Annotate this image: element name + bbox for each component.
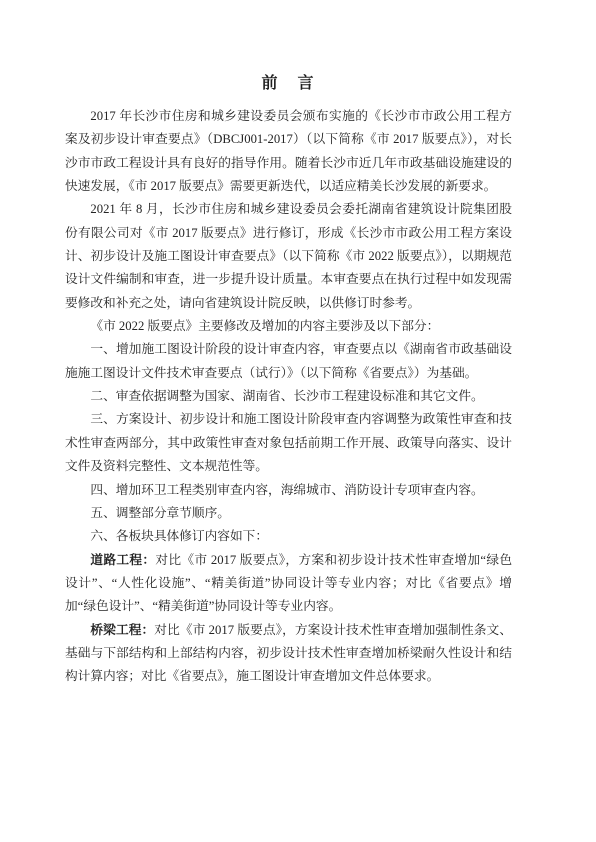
paragraph-text: 一、增加施工图设计阶段的设计审查内容，审查要点以《湖南省市政基础设施施工图设计文… <box>65 342 512 379</box>
paragraph-text: 五、调整部分章节顺序。 <box>90 506 230 520</box>
list-item-2: 二、审查依据调整为国家、湖南省、长沙市工程建设标准和其它文件。 <box>65 385 512 408</box>
document-page: 前 言 2017 年长沙市住房和城乡建设委员会颁布实施的《长沙市市政公用工程方案… <box>0 0 596 842</box>
list-item-3: 三、方案设计、初步设计和施工图设计阶段审查内容调整为政策性审查和技术性审查两部分… <box>65 408 512 478</box>
section-label-bridge: 桥梁工程： <box>90 623 154 637</box>
paragraph-bridge-engineering: 桥梁工程：对比《市 2017 版要点》，方案设计技术性审查增加强制性条文、基础与… <box>65 619 512 689</box>
list-item-6: 六、各板块具体修订内容如下： <box>65 525 512 548</box>
paragraph-intro-2017: 2017 年长沙市住房和城乡建设委员会颁布实施的《长沙市市政公用工程方案及初步设… <box>65 105 512 198</box>
paragraph-revision-2021: 2021 年 8 月，长沙市住房和城乡建设委员会委托湖南省建筑设计院集团股份有限… <box>65 198 512 315</box>
list-item-1: 一、增加施工图设计阶段的设计审查内容，审查要点以《湖南省市政基础设施施工图设计文… <box>65 338 512 385</box>
paragraph-text: 六、各板块具体修订内容如下： <box>90 529 268 543</box>
paragraph-text: 2021 年 8 月，长沙市住房和城乡建设委员会委托湖南省建筑设计院集团股份有限… <box>65 202 512 309</box>
paragraph-text: 《市 2022 版要点》主要修改及增加的内容主要涉及以下部分： <box>90 319 439 333</box>
paragraph-text: 三、方案设计、初步设计和施工图设计阶段审查内容调整为政策性审查和技术性审查两部分… <box>65 412 512 473</box>
paragraph-text: 2017 年长沙市住房和城乡建设委员会颁布实施的《长沙市市政公用工程方案及初步设… <box>65 109 512 193</box>
document-title: 前 言 <box>65 74 512 94</box>
list-item-5: 五、调整部分章节顺序。 <box>65 502 512 525</box>
paragraph-road-engineering: 道路工程：对比《市 2017 版要点》，方案和初步设计技术性审查增加“绿色设计”… <box>65 549 512 619</box>
document-content: 前 言 2017 年长沙市住房和城乡建设委员会颁布实施的《长沙市市政公用工程方案… <box>65 74 512 689</box>
list-item-4: 四、增加环卫工程类别审查内容，海绵城市、消防设计专项审查内容。 <box>65 479 512 502</box>
paragraph-text: 四、增加环卫工程类别审查内容，海绵城市、消防设计专项审查内容。 <box>90 483 483 497</box>
paragraph-text: 二、审查依据调整为国家、湖南省、长沙市工程建设标准和其它文件。 <box>90 389 483 403</box>
section-label-road: 道路工程： <box>90 553 155 567</box>
paragraph-changes-intro: 《市 2022 版要点》主要修改及增加的内容主要涉及以下部分： <box>65 315 512 338</box>
